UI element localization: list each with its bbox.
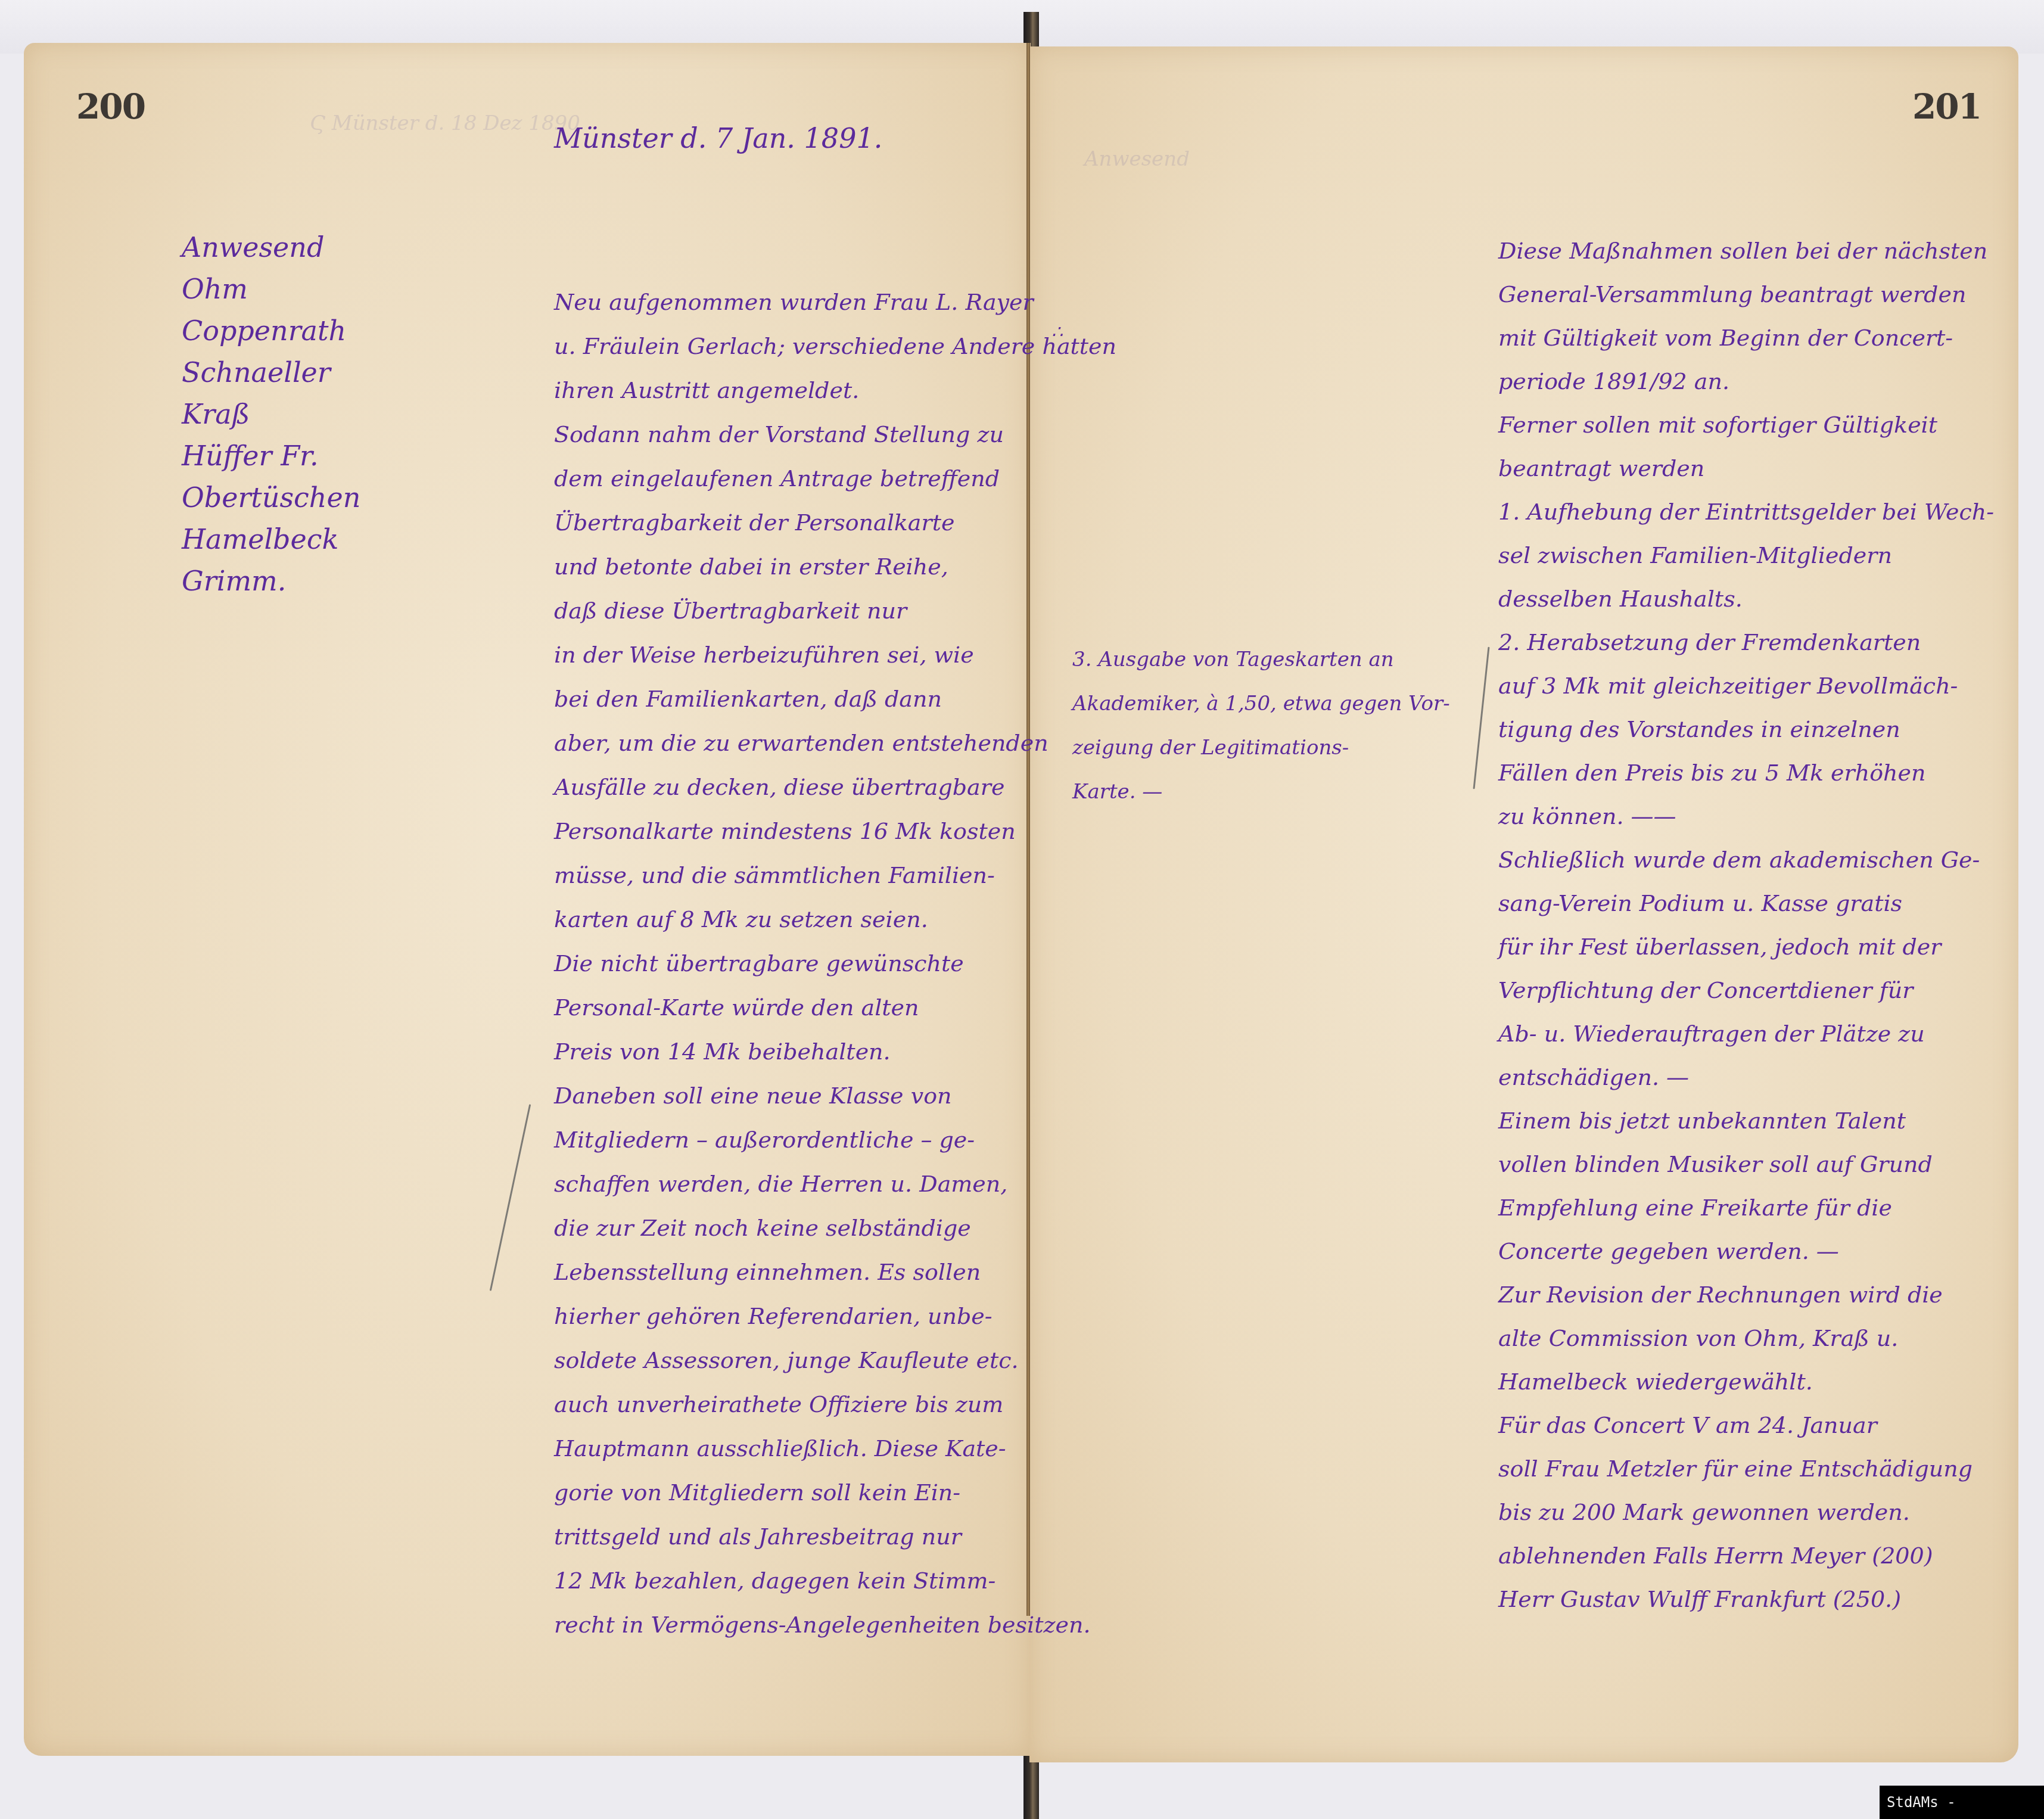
text-line: Ausfälle zu decken, diese übertragbare [554, 765, 1043, 809]
attendee: Hamelbeck [182, 518, 396, 560]
attendee: Hüffer Fr. [182, 435, 396, 477]
text-line: hierher gehören Referendarien, unbe- [554, 1294, 1043, 1338]
text-line: die zur Zeit noch keine selbständige [554, 1206, 1043, 1250]
text-line: bei den Familienkarten, daß dann [554, 677, 1043, 721]
text-line: u. Fräulein Gerlach; verschiedene Andere… [554, 324, 1043, 368]
text-line: Preis von 14 Mk beibehalten. [554, 1030, 1043, 1074]
text-line: Karte. — [1072, 770, 1489, 814]
text-line: ihren Austritt angemeldet. [554, 368, 1043, 412]
text-line: gorie von Mitgliedern soll kein Ein- [554, 1470, 1043, 1515]
text-line: karten auf 8 Mk zu setzen seien. [554, 897, 1043, 941]
text-line: Ab- u. Wiederauftragen der Plätze zu [1498, 1012, 2011, 1056]
attendee: Ohm [182, 268, 396, 310]
text-line: daß diese Übertragbarkeit nur [554, 589, 1043, 633]
text-line: schaffen werden, die Herren u. Damen, [554, 1162, 1043, 1206]
text-line: Verpflichtung der Concertdiener für [1498, 969, 2011, 1012]
text-line: soldete Assessoren, junge Kaufleute etc. [554, 1338, 1043, 1382]
page-number-right: 201 [1912, 86, 1981, 127]
page-number-left: 200 [76, 86, 145, 127]
attendee: Coppenrath [182, 310, 396, 352]
margin-mark-icon: ∴ [1051, 322, 1063, 343]
text-line: Zur Revision der Rechnungen wird die [1498, 1273, 2011, 1317]
text-line: soll Frau Metzler für eine Entschädigung [1498, 1447, 2011, 1491]
side-note-item-3: 3. Ausgabe von Tageskarten an Akademiker… [1072, 638, 1489, 814]
text-line: recht in Vermögens-Angelegenheiten besit… [554, 1603, 1043, 1647]
text-line: 1. Aufhebung der Eintrittsgelder bei Wec… [1498, 490, 2011, 534]
text-line: bis zu 200 Mark gewonnen werden. [1498, 1491, 2011, 1534]
attendance-header: Anwesend [182, 226, 396, 268]
text-line: zu können. —— [1498, 795, 2011, 838]
text-line: Concerte gegeben werden. — [1498, 1230, 2011, 1273]
text-line: Personalkarte mindestens 16 Mk kosten [554, 809, 1043, 853]
text-line: Daneben soll eine neue Klasse von [554, 1074, 1043, 1118]
meeting-date-heading: Münster d. 7 Jan. 1891. [554, 122, 882, 154]
text-line: auch unverheirathete Offiziere bis zum [554, 1382, 1043, 1426]
minutes-body-right: Diese Maßnahmen sollen bei der nächsten … [1498, 229, 2011, 1621]
attendee: Kraß [182, 393, 396, 435]
show-through-text: Anwesend [1084, 137, 1190, 181]
text-line: aber, um die zu erwartenden entstehenden [554, 721, 1043, 765]
text-line: entschädigen. — [1498, 1056, 2011, 1099]
text-line: Lebensstellung einnehmen. Es sollen [554, 1250, 1043, 1294]
text-line: zeigung der Legitimations- [1072, 726, 1489, 770]
text-line: periode 1891/92 an. [1498, 360, 2011, 403]
text-line: Die nicht übertragbare gewünschte [554, 941, 1043, 985]
text-line: trittsgeld und als Jahresbeitrag nur [554, 1515, 1043, 1559]
text-line: Hauptmann ausschließlich. Diese Kate- [554, 1426, 1043, 1470]
text-line: und betonte dabei in erster Reihe, [554, 545, 1043, 589]
text-line: Ferner sollen mit sofortiger Gültigkeit [1498, 403, 2011, 447]
attendee: Grimm. [182, 560, 396, 602]
text-line: Akademiker, à 1,50, etwa gegen Vor- [1072, 682, 1489, 726]
attendee: Schnaeller [182, 352, 396, 393]
text-line: Neu aufgenommen wurden Frau L. Rayer [554, 280, 1043, 324]
text-line: 3. Ausgabe von Tageskarten an [1072, 638, 1489, 682]
text-line: vollen blinden Musiker soll auf Grund [1498, 1143, 2011, 1186]
text-line: Übertragbarkeit der Personalkarte [554, 500, 1043, 545]
text-line: tigung des Vorstandes in einzelnen [1498, 708, 2011, 751]
text-line: Empfehlung eine Freikarte für die [1498, 1186, 2011, 1230]
text-line: Schließlich wurde dem akademischen Ge- [1498, 838, 2011, 882]
text-line: mit Gültigkeit vom Beginn der Concert- [1498, 316, 2011, 360]
text-line: auf 3 Mk mit gleichzeitiger Bevollmäch- [1498, 664, 2011, 708]
show-through-text: Ϛ Münster d. 18 Dez 1890 [310, 101, 580, 145]
text-line: alte Commission von Ohm, Kraß u. [1498, 1317, 2011, 1360]
text-line: in der Weise herbeizuführen sei, wie [554, 633, 1043, 677]
minutes-body-left: Neu aufgenommen wurden Frau L. Rayer u. … [554, 280, 1043, 1647]
text-line: General-Versammlung beantragt werden [1498, 273, 2011, 316]
text-line: Diese Maßnahmen sollen bei der nächsten [1498, 229, 2011, 273]
text-line: Fällen den Preis bis zu 5 Mk erhöhen [1498, 751, 2011, 795]
archive-reference-label: StdAMs - MV_004_271 [1880, 1786, 2044, 1819]
text-line: desselben Haushalts. [1498, 577, 2011, 621]
text-line: Hamelbeck wiedergewählt. [1498, 1360, 2011, 1404]
text-line: Sodann nahm der Vorstand Stellung zu [554, 412, 1043, 456]
text-line: Für das Concert V am 24. Januar [1498, 1404, 2011, 1447]
text-line: dem eingelaufenen Antrage betreffend [554, 456, 1043, 500]
text-line: 2. Herabsetzung der Fremdenkarten [1498, 621, 2011, 664]
text-line: müsse, und die sämmtlichen Familien- [554, 853, 1043, 897]
attendee: Obertüschen [182, 477, 396, 518]
attendance-list: Anwesend Ohm Coppenrath Schnaeller Kraß … [182, 226, 396, 602]
text-line: ablehnenden Falls Herrn Meyer (200) [1498, 1534, 2011, 1578]
text-line: Personal-Karte würde den alten [554, 985, 1043, 1030]
text-line: für ihr Fest überlassen, jedoch mit der [1498, 925, 2011, 969]
text-line: 12 Mk bezahlen, dagegen kein Stimm- [554, 1559, 1043, 1603]
text-line: sel zwischen Familien-Mitgliedern [1498, 534, 2011, 577]
text-line: Einem bis jetzt unbekannten Talent [1498, 1099, 2011, 1143]
text-line: Herr Gustav Wulff Frankfurt (250.) [1498, 1578, 2011, 1621]
text-line: beantragt werden [1498, 447, 2011, 490]
text-line: Mitgliedern – außerordentliche – ge- [554, 1118, 1043, 1162]
text-line: sang-Verein Podium u. Kasse gratis [1498, 882, 2011, 925]
